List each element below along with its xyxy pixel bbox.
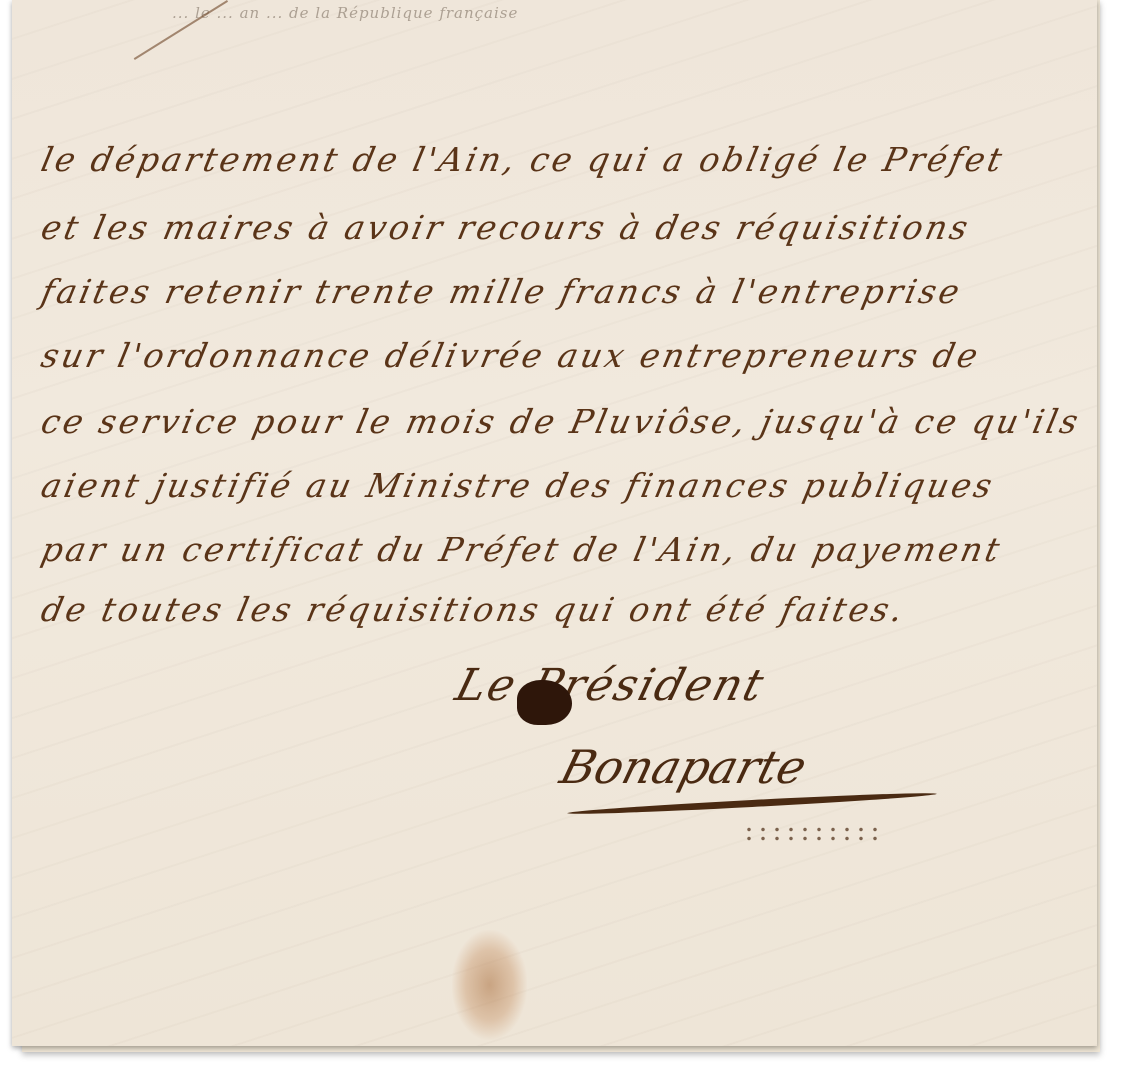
- text-line-4: sur l'ordonnance délivrée aux entreprene…: [38, 336, 984, 375]
- text-line-3: faites retenir trente mille francs à l'e…: [38, 272, 966, 311]
- faded-header-text: ... le ... an ... de la République franç…: [172, 4, 518, 22]
- manuscript-page: ... le ... an ... de la République franç…: [12, 0, 1097, 1046]
- foxing-stain: [452, 930, 527, 1040]
- text-line-7: par un certificat du Préfet de l'Ain, du…: [38, 530, 1006, 569]
- ink-spatter: [742, 825, 882, 845]
- text-line-6: aient justifié au Ministre des finances …: [38, 466, 999, 505]
- signature-title: Le Président: [450, 660, 770, 711]
- signature-name: Bonaparte: [555, 740, 813, 794]
- text-line-8: de toutes les réquisitions qui ont été f…: [38, 590, 909, 629]
- text-line-2: et les maires à avoir recours à des réqu…: [38, 208, 974, 247]
- text-line-1: le département de l'Ain, ce qui a obligé…: [38, 140, 1009, 179]
- ink-blot: [517, 680, 572, 725]
- text-line-5: ce service pour le mois de Pluviôse, jus…: [38, 402, 1085, 441]
